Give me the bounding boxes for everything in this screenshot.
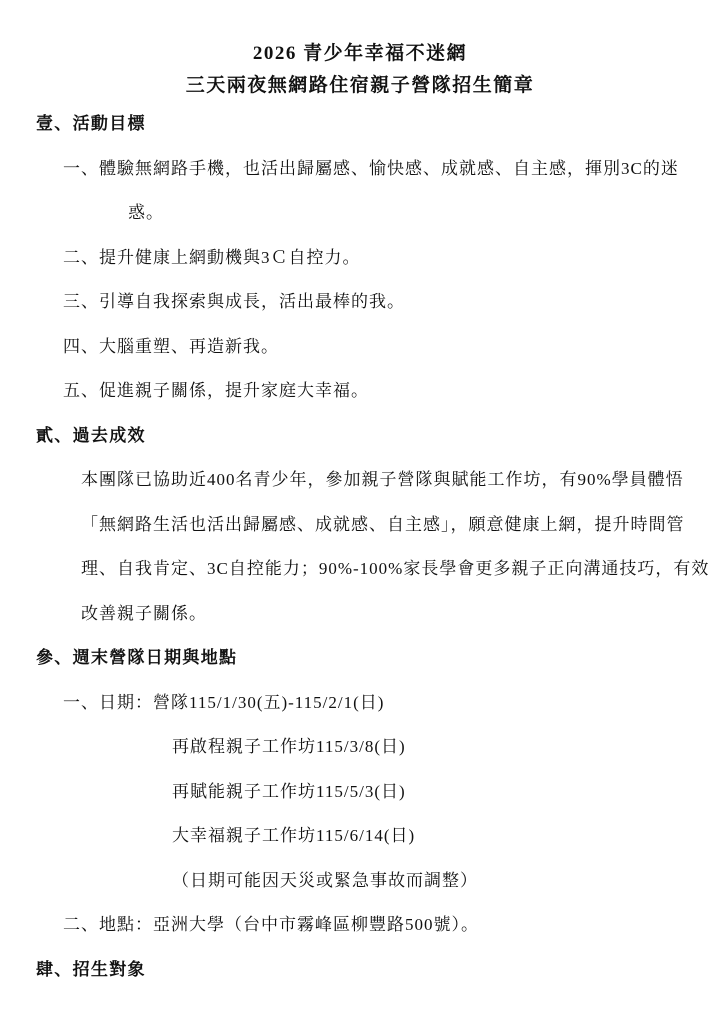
section-heading-activity-goals: 壹、活動目標 xyxy=(0,102,720,147)
date-workshop-3: 大幸福親子工作坊115/6/14(日) xyxy=(0,814,720,859)
past-results-line-2: 「無網路生活也活出歸屬感、成就感、自主感」，願意健康上網，提升時間管 xyxy=(0,503,720,548)
past-results-line-1: 本團隊已協助近400名青少年，參加親子營隊與賦能工作坊，有90%學員體悟 xyxy=(0,458,720,503)
date-workshop-1: 再啟程親子工作坊115/3/8(日) xyxy=(0,725,720,770)
goal-item-2: 二、提升健康上網動機與3Ｃ自控力。 xyxy=(0,236,720,281)
date-workshop-2: 再賦能親子工作坊115/5/3(日) xyxy=(0,770,720,815)
document-body: 壹、活動目標 一、體驗無網路手機，也活出歸屬感、愉快感、成就感、自主感，揮別3C… xyxy=(0,102,720,992)
title-line-2: 三天兩夜無網路住宿親子營隊招生簡章 xyxy=(0,70,720,102)
goal-item-4: 四、大腦重塑、再造新我。 xyxy=(0,325,720,370)
document-title: 2026 青少年幸福不迷網 三天兩夜無網路住宿親子營隊招生簡章 xyxy=(0,38,720,102)
section-heading-recruitment-target: 肆、招生對象 xyxy=(0,948,720,993)
date-adjustment-note: （日期可能因天災或緊急事故而調整） xyxy=(0,859,720,904)
goal-item-5: 五、促進親子關係，提升家庭大幸福。 xyxy=(0,369,720,414)
goal-item-1-line-1: 一、體驗無網路手機，也活出歸屬感、愉快感、成就感、自主感，揮別3C的迷 xyxy=(0,147,720,192)
past-results-line-3: 理、自我肯定、3C自控能力；90%-100%家長學會更多親子正向溝通技巧，有效 xyxy=(0,547,720,592)
section-heading-dates-location: 參、週末營隊日期與地點 xyxy=(0,636,720,681)
goal-item-3: 三、引導自我探索與成長，活出最棒的我。 xyxy=(0,280,720,325)
goal-item-1-line-2: 惑。 xyxy=(0,191,720,236)
document-page: 2026 青少年幸福不迷網 三天兩夜無網路住宿親子營隊招生簡章 壹、活動目標 一… xyxy=(0,0,720,1024)
title-line-1: 2026 青少年幸福不迷網 xyxy=(0,38,720,70)
section-heading-past-results: 貳、過去成效 xyxy=(0,414,720,459)
date-item-camp: 一、日期：營隊115/1/30(五)-115/2/1(日) xyxy=(0,681,720,726)
location-item: 二、地點：亞洲大學（台中市霧峰區柳豐路500號）。 xyxy=(0,903,720,948)
past-results-line-4: 改善親子關係。 xyxy=(0,592,720,637)
